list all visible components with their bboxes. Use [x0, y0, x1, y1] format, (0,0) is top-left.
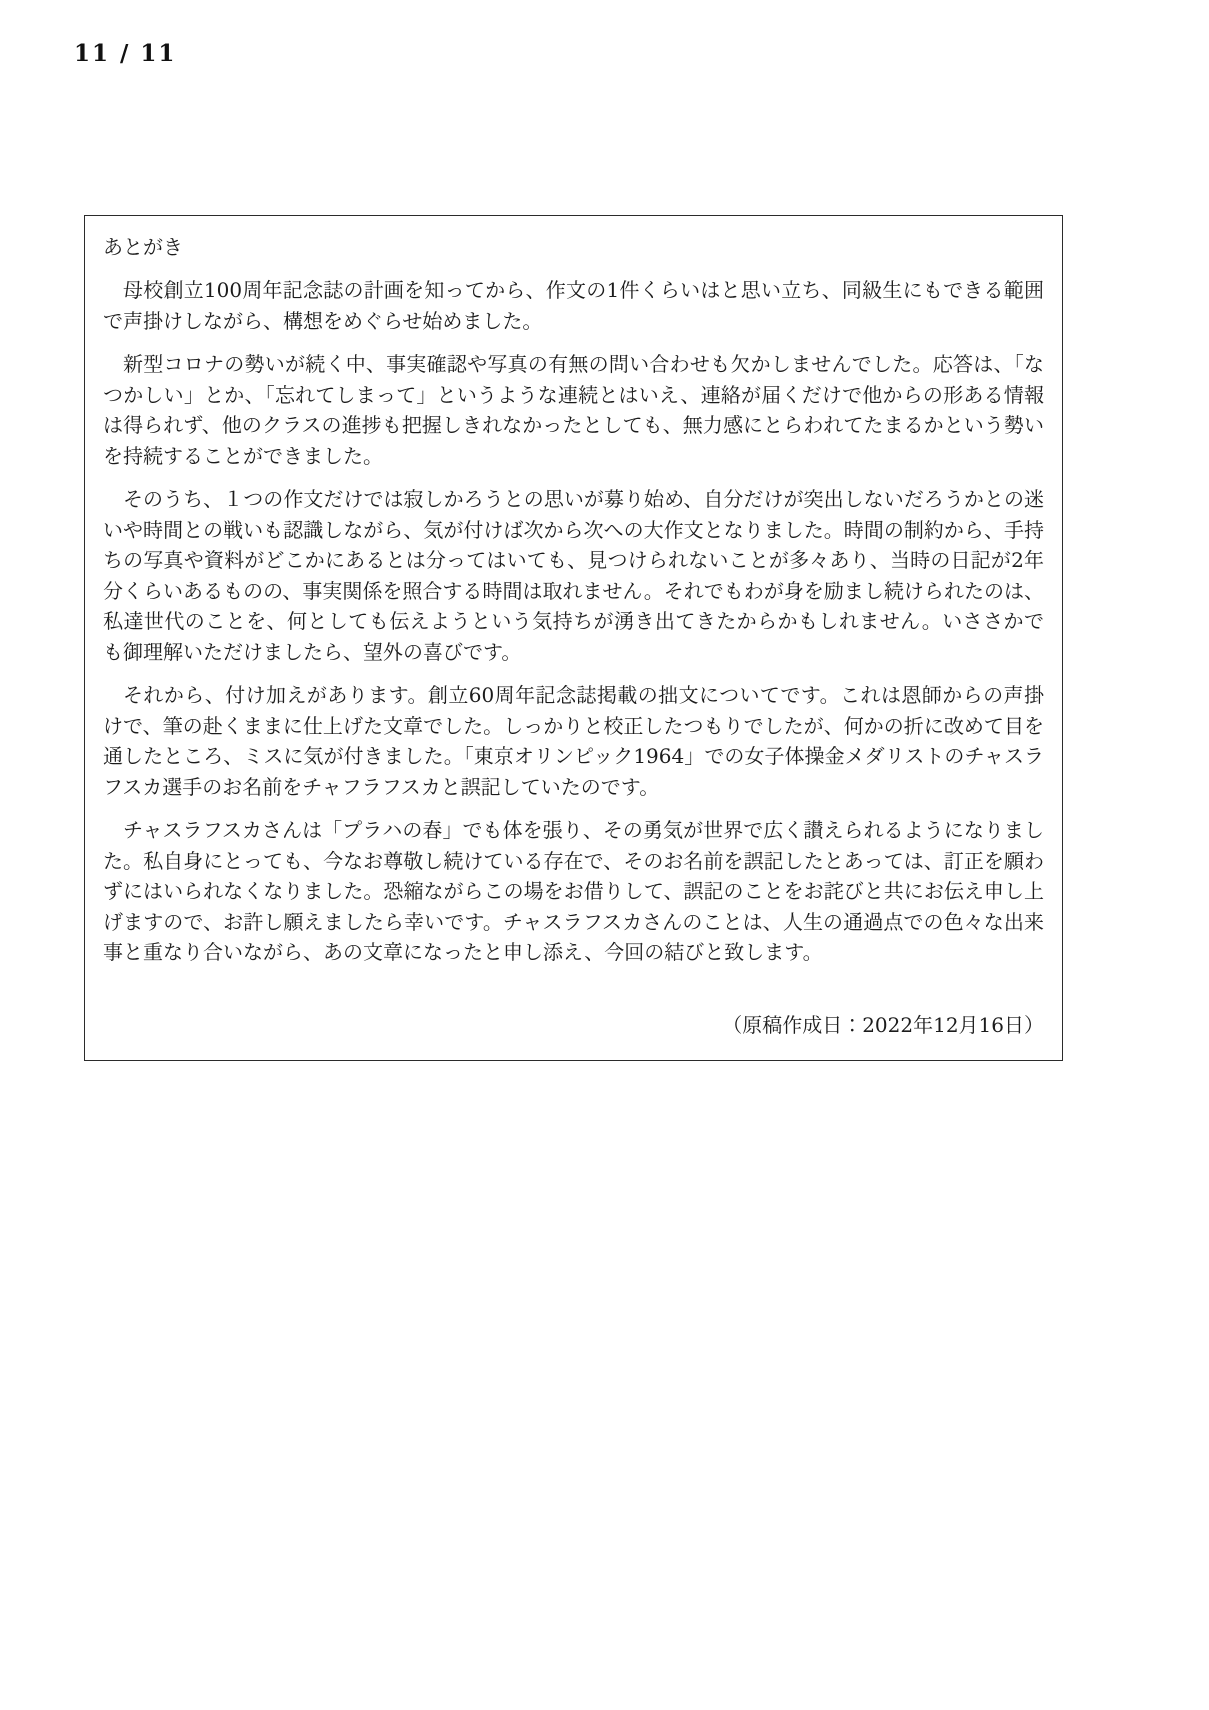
afterword-paragraph-2: 新型コロナの勢いが続く中、事実確認や写真の有無の問い合わせも欠かしませんでした。… — [103, 349, 1044, 471]
page-number: 11 / 11 — [74, 40, 176, 67]
afterword-box: あとがき 母校創立100周年記念誌の計画を知ってから、作文の1件くらいはと思い立… — [84, 215, 1063, 1061]
afterword-paragraph-1: 母校創立100周年記念誌の計画を知ってから、作文の1件くらいはと思い立ち、同級生… — [103, 275, 1044, 336]
afterword-paragraph-3: そのうち、１つの作文だけでは寂しかろうとの思いが募り始め、自分だけが突出しないだ… — [103, 484, 1044, 667]
afterword-paragraph-5: チャスラフスカさんは「プラハの春」でも体を張り、その勇気が世界で広く讃えられるよ… — [103, 815, 1044, 968]
afterword-paragraph-4: それから、付け加えがあります。創立60周年記念誌掲載の拙文についてです。これは恩… — [103, 680, 1044, 802]
afterword-title: あとがき — [103, 232, 1044, 262]
manuscript-date-line: （原稿作成日：2022年12月16日） — [103, 1010, 1044, 1040]
